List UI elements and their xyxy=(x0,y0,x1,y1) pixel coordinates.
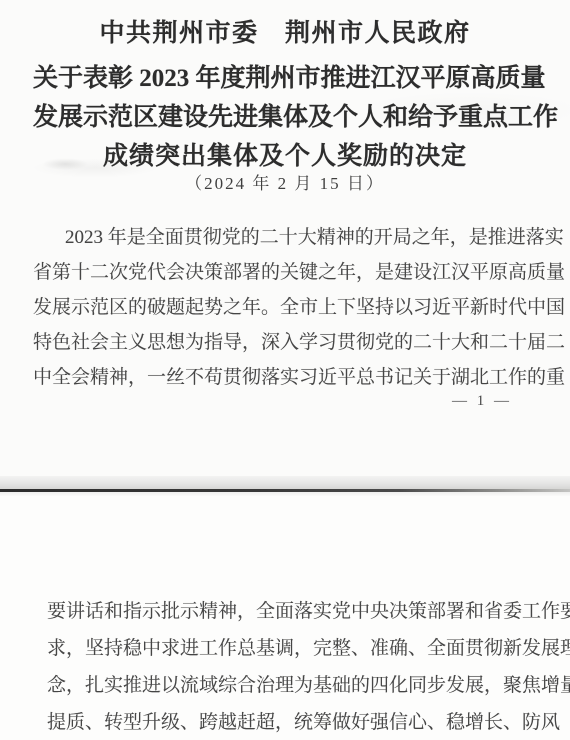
page2-body-paragraph: 要讲话和指示批示精神，全面落实党中央决策部署和省委工作要 求，坚持稳中求进工作总… xyxy=(47,593,553,740)
page-number: — 1 — xyxy=(452,393,512,410)
page-edge-gradient xyxy=(0,476,570,489)
body-line: 中全会精神，一丝不苟贯彻落实习近平总书记关于湖北工作的重 xyxy=(33,360,537,395)
body-line: 省第十二次党代会决策部署的关键之年，是建设江汉平原高质量 xyxy=(33,255,537,290)
body-line: 2023 年是全面贯彻党的二十大精神的开局之年，是推进落实 xyxy=(33,220,537,255)
document-title-line-1: 关于表彰 2023 年度荆州市推进江汉平原高质量 xyxy=(33,58,537,94)
body-line: 特色社会主义思想为指导，深入学习贯彻党的二十大和二十届二 xyxy=(33,325,537,360)
body-line: 提质、转型升级、跨越赶超，统筹做好强信心、稳增长、防风 xyxy=(47,704,553,740)
page-edge-shadow xyxy=(0,476,570,496)
body-line: 求，坚持稳中求进工作总基调，完整、准确、全面贯彻新发展理 xyxy=(47,630,553,667)
document-title-line-2: 发展示范区建设先进集体及个人和给予重点工作 xyxy=(33,97,537,133)
document-date: （2024 年 2 月 15 日） xyxy=(0,169,570,194)
issuing-authority-line: 中共荆州市委 荆州市人民政府 xyxy=(0,13,570,49)
body-line: 要讲话和指示批示精神，全面落实党中央决策部署和省委工作要 xyxy=(47,593,553,630)
body-line: 念，扎实推进以流域综合治理为基础的四化同步发展，聚焦增量 xyxy=(47,667,553,704)
scanned-document: 中共荆州市委 荆州市人民政府 关于表彰 2023 年度荆州市推进江汉平原高质量 … xyxy=(0,0,570,740)
document-title-line-3: 成绩突出集体及个人奖励的决定 xyxy=(33,136,537,172)
scan-smudge-artifact xyxy=(42,158,88,170)
body-line: 发展示范区的破题起势之年。全市上下坚持以习近平新时代中国 xyxy=(33,290,537,325)
page1-body-paragraph: 2023 年是全面贯彻党的二十大精神的开局之年，是推进落实 省第十二次党代会决策… xyxy=(33,220,537,395)
